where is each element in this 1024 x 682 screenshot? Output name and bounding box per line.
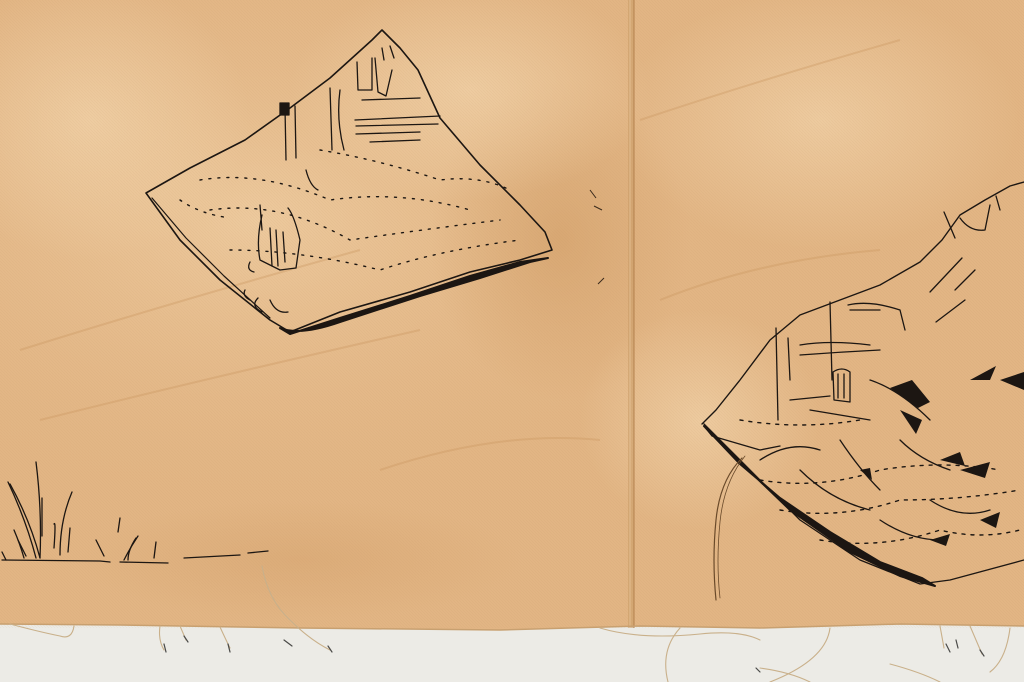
fabric: [0, 0, 1024, 630]
embroidery-photo: [0, 0, 1024, 682]
fabric-seam: [628, 0, 634, 628]
